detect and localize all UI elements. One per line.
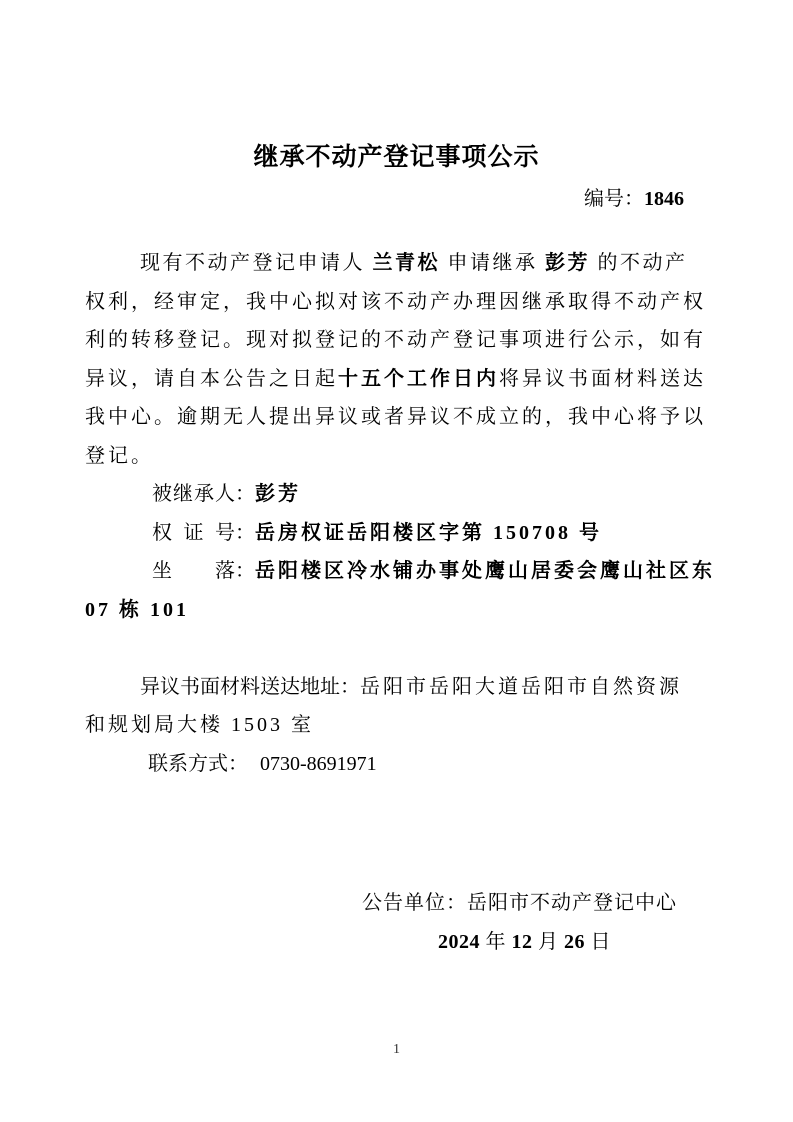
decedent-name: 彭芳: [545, 252, 590, 274]
intro-line-4: 异议，请自本公告之日起十五个工作日内将异议书面材料送达: [85, 360, 710, 399]
doc-number-row: 编号：1846: [85, 182, 710, 211]
text-segment: 登记。: [85, 445, 154, 467]
footer-unit-label: 公告单位：: [362, 892, 467, 914]
contact-label: 联系方式：: [148, 753, 248, 775]
intro-line-1: 现有不动产登记申请人 兰青松 申请继承 彭芳 的不动产: [85, 244, 710, 283]
text-segment: 异议，请自本公告之日起: [85, 368, 338, 390]
text-segment: 将异议书面材料送达: [499, 368, 706, 390]
colon: ：: [235, 560, 255, 582]
text-segment: 申请继承: [440, 252, 545, 274]
field-location-value-2: 07 栋 101: [85, 599, 189, 621]
colon: ：: [235, 483, 255, 505]
doc-number-label: 编号：: [584, 188, 644, 210]
field-location-label: 坐落: [152, 552, 235, 591]
field-location-value: 岳阳楼区冷水铺办事处鹰山居委会鹰山社区东: [255, 560, 715, 582]
page-number: 1: [0, 1042, 793, 1058]
footer-date-row: 2024 年 12 月 26 日: [438, 923, 793, 962]
notice-footer: 公告单位：岳阳市不动产登记中心 2024 年 12 月 26 日: [0, 884, 793, 961]
date-month: 12: [512, 931, 533, 953]
notice-page: 继承不动产登记事项公示 编号：1846 现有不动产登记申请人 兰青松 申请继承 …: [0, 0, 793, 1122]
field-certificate-label: 权证号: [152, 514, 235, 553]
field-certificate-row: 权证号：岳房权证岳阳楼区字第 150708 号: [85, 514, 710, 553]
text-segment: 我中心。逾期无人提出异议或者异议不成立的，我中心将予以: [85, 406, 706, 428]
doc-number-value: 1846: [644, 188, 684, 210]
blank-line: [85, 629, 710, 668]
intro-line-2: 权利，经审定，我中心拟对该不动产办理因继承取得不动产权: [85, 283, 710, 322]
objection-address-continuation: 和规划局大楼 1503 室: [85, 706, 710, 745]
intro-line-6: 登记。: [85, 437, 710, 476]
applicant-name: 兰青松: [373, 252, 441, 274]
date-day: 26: [564, 931, 585, 953]
footer-unit-row: 公告单位：岳阳市不动产登记中心: [362, 884, 793, 923]
field-location-continuation: 07 栋 101: [85, 591, 710, 630]
date-day-unit: 日: [585, 931, 611, 953]
page-title: 继承不动产登记事项公示: [0, 137, 793, 173]
objection-address-row: 异议书面材料送达地址：岳阳市岳阳大道岳阳市自然资源: [85, 668, 710, 707]
date-year-unit: 年: [480, 931, 512, 953]
field-heir-value: 彭芳: [255, 483, 301, 505]
objection-address-value: 岳阳市岳阳大道岳阳市自然资源: [360, 676, 682, 698]
field-location-row: 坐落：岳阳楼区冷水铺办事处鹰山居委会鹰山社区东: [85, 552, 710, 591]
objection-address-value-2: 和规划局大楼 1503 室: [85, 714, 314, 736]
text-segment: 现有不动产登记申请人: [140, 252, 373, 274]
contact-phone: 0730-8691971: [260, 753, 377, 775]
text-segment: 利的转移登记。现对拟登记的不动产登记事项进行公示，如有: [85, 329, 706, 351]
text-segment: 权利，经审定，我中心拟对该不动产办理因继承取得不动产权: [85, 291, 706, 313]
field-heir-label: 被继承人: [152, 475, 235, 514]
colon: ：: [235, 522, 255, 544]
deadline-text: 十五个工作日内: [338, 368, 499, 390]
intro-line-3: 利的转移登记。现对拟登记的不动产登记事项进行公示，如有: [85, 321, 710, 360]
date-month-unit: 月: [533, 931, 565, 953]
date-year: 2024: [438, 931, 480, 953]
objection-address-label: 异议书面材料送达地址：: [140, 676, 360, 698]
field-certificate-value: 岳房权证岳阳楼区字第 150708 号: [255, 522, 602, 544]
notice-body: 现有不动产登记申请人 兰青松 申请继承 彭芳 的不动产 权利，经审定，我中心拟对…: [85, 244, 710, 783]
footer-unit-name: 岳阳市不动产登记中心: [467, 892, 677, 914]
text-segment: 的不动产: [590, 252, 688, 274]
intro-line-5: 我中心。逾期无人提出异议或者异议不成立的，我中心将予以: [85, 398, 710, 437]
contact-row: 联系方式：0730-8691971: [85, 745, 710, 784]
field-heir-row: 被继承人：彭芳: [85, 475, 710, 514]
